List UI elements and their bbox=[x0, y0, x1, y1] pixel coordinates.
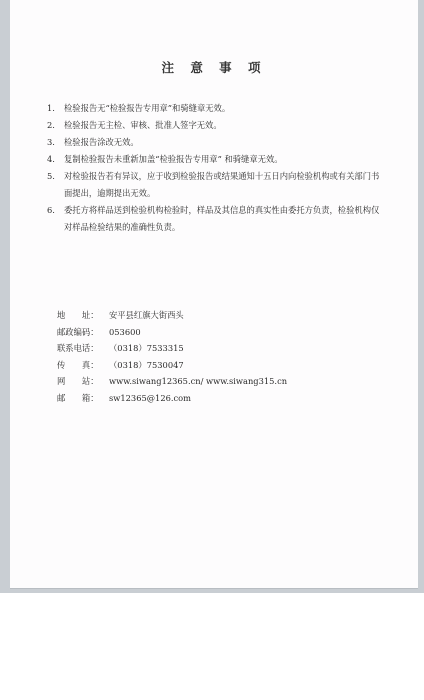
contact-value: sw12365@126.com bbox=[109, 393, 191, 403]
contact-value: 053600 bbox=[109, 327, 141, 337]
note-number: 3. bbox=[47, 134, 55, 151]
contact-value: （0318）7530047 bbox=[109, 360, 184, 370]
contact-label: 联系电话： bbox=[57, 340, 109, 357]
contact-info: 地 址：安平县红旗大街西头 邮政编码：053600 联系电话：（0318）753… bbox=[57, 307, 287, 406]
contact-label: 网 站： bbox=[57, 373, 109, 390]
note-item: 1.检验报告无“检验报告专用章”和骑缝章无效。 bbox=[47, 100, 387, 117]
note-text: 对检验报告若有异议，应于收到检验报告或结果通知十五日内向检验机构或有关部门书面提… bbox=[64, 171, 379, 198]
note-text: 检验报告无“检验报告专用章”和骑缝章无效。 bbox=[64, 103, 230, 113]
contact-phone: 联系电话：（0318）7533315 bbox=[57, 340, 287, 357]
note-number: 1. bbox=[47, 100, 55, 117]
contact-email: 邮 箱：sw12365@126.com bbox=[57, 390, 287, 407]
contact-website: 网 站：www.siwang12365.cn/ www.siwang315.cn bbox=[57, 373, 287, 390]
contact-postcode: 邮政编码：053600 bbox=[57, 324, 287, 341]
contact-fax: 传 真：（0318）7530047 bbox=[57, 357, 287, 374]
contact-address: 地 址：安平县红旗大街西头 bbox=[57, 307, 287, 324]
contact-label: 邮政编码： bbox=[57, 324, 109, 341]
contact-value: （0318）7533315 bbox=[109, 343, 184, 353]
contact-label: 传 真： bbox=[57, 357, 109, 374]
note-item: 3.检验报告涂改无效。 bbox=[47, 134, 387, 151]
note-number: 4. bbox=[47, 151, 55, 168]
notes-list: 1.检验报告无“检验报告专用章”和骑缝章无效。 2.检验报告无主检、审核、批准人… bbox=[47, 100, 387, 236]
contact-value: www.siwang12365.cn/ www.siwang315.cn bbox=[109, 376, 287, 386]
note-item: 2.检验报告无主检、审核、批准人签字无效。 bbox=[47, 117, 387, 134]
note-number: 5. bbox=[47, 168, 55, 185]
note-item: 4.复制检验报告未重新加盖“检验报告专用章” 和骑缝章无效。 bbox=[47, 151, 387, 168]
note-number: 2. bbox=[47, 117, 55, 134]
note-text: 检验报告涂改无效。 bbox=[64, 137, 139, 147]
note-number: 6. bbox=[47, 202, 55, 219]
contact-value: 安平县红旗大街西头 bbox=[109, 310, 184, 320]
note-text: 委托方将样品送到检验机构检验时，样品及其信息的真实性由委托方负责，检验机构仅对样… bbox=[64, 205, 379, 232]
document-page: 注 意 事 项 1.检验报告无“检验报告专用章”和骑缝章无效。 2.检验报告无主… bbox=[10, 0, 418, 589]
contact-label: 邮 箱： bbox=[57, 390, 109, 407]
note-item: 6.委托方将样品送到检验机构检验时，样品及其信息的真实性由委托方负责，检验机构仅… bbox=[47, 202, 387, 236]
page-title: 注 意 事 项 bbox=[10, 58, 418, 76]
note-text: 复制检验报告未重新加盖“检验报告专用章” 和骑缝章无效。 bbox=[64, 154, 283, 164]
contact-label: 地 址： bbox=[57, 307, 109, 324]
note-text: 检验报告无主检、审核、批准人签字无效。 bbox=[64, 120, 222, 130]
note-item: 5.对检验报告若有异议，应于收到检验报告或结果通知十五日内向检验机构或有关部门书… bbox=[47, 168, 387, 202]
